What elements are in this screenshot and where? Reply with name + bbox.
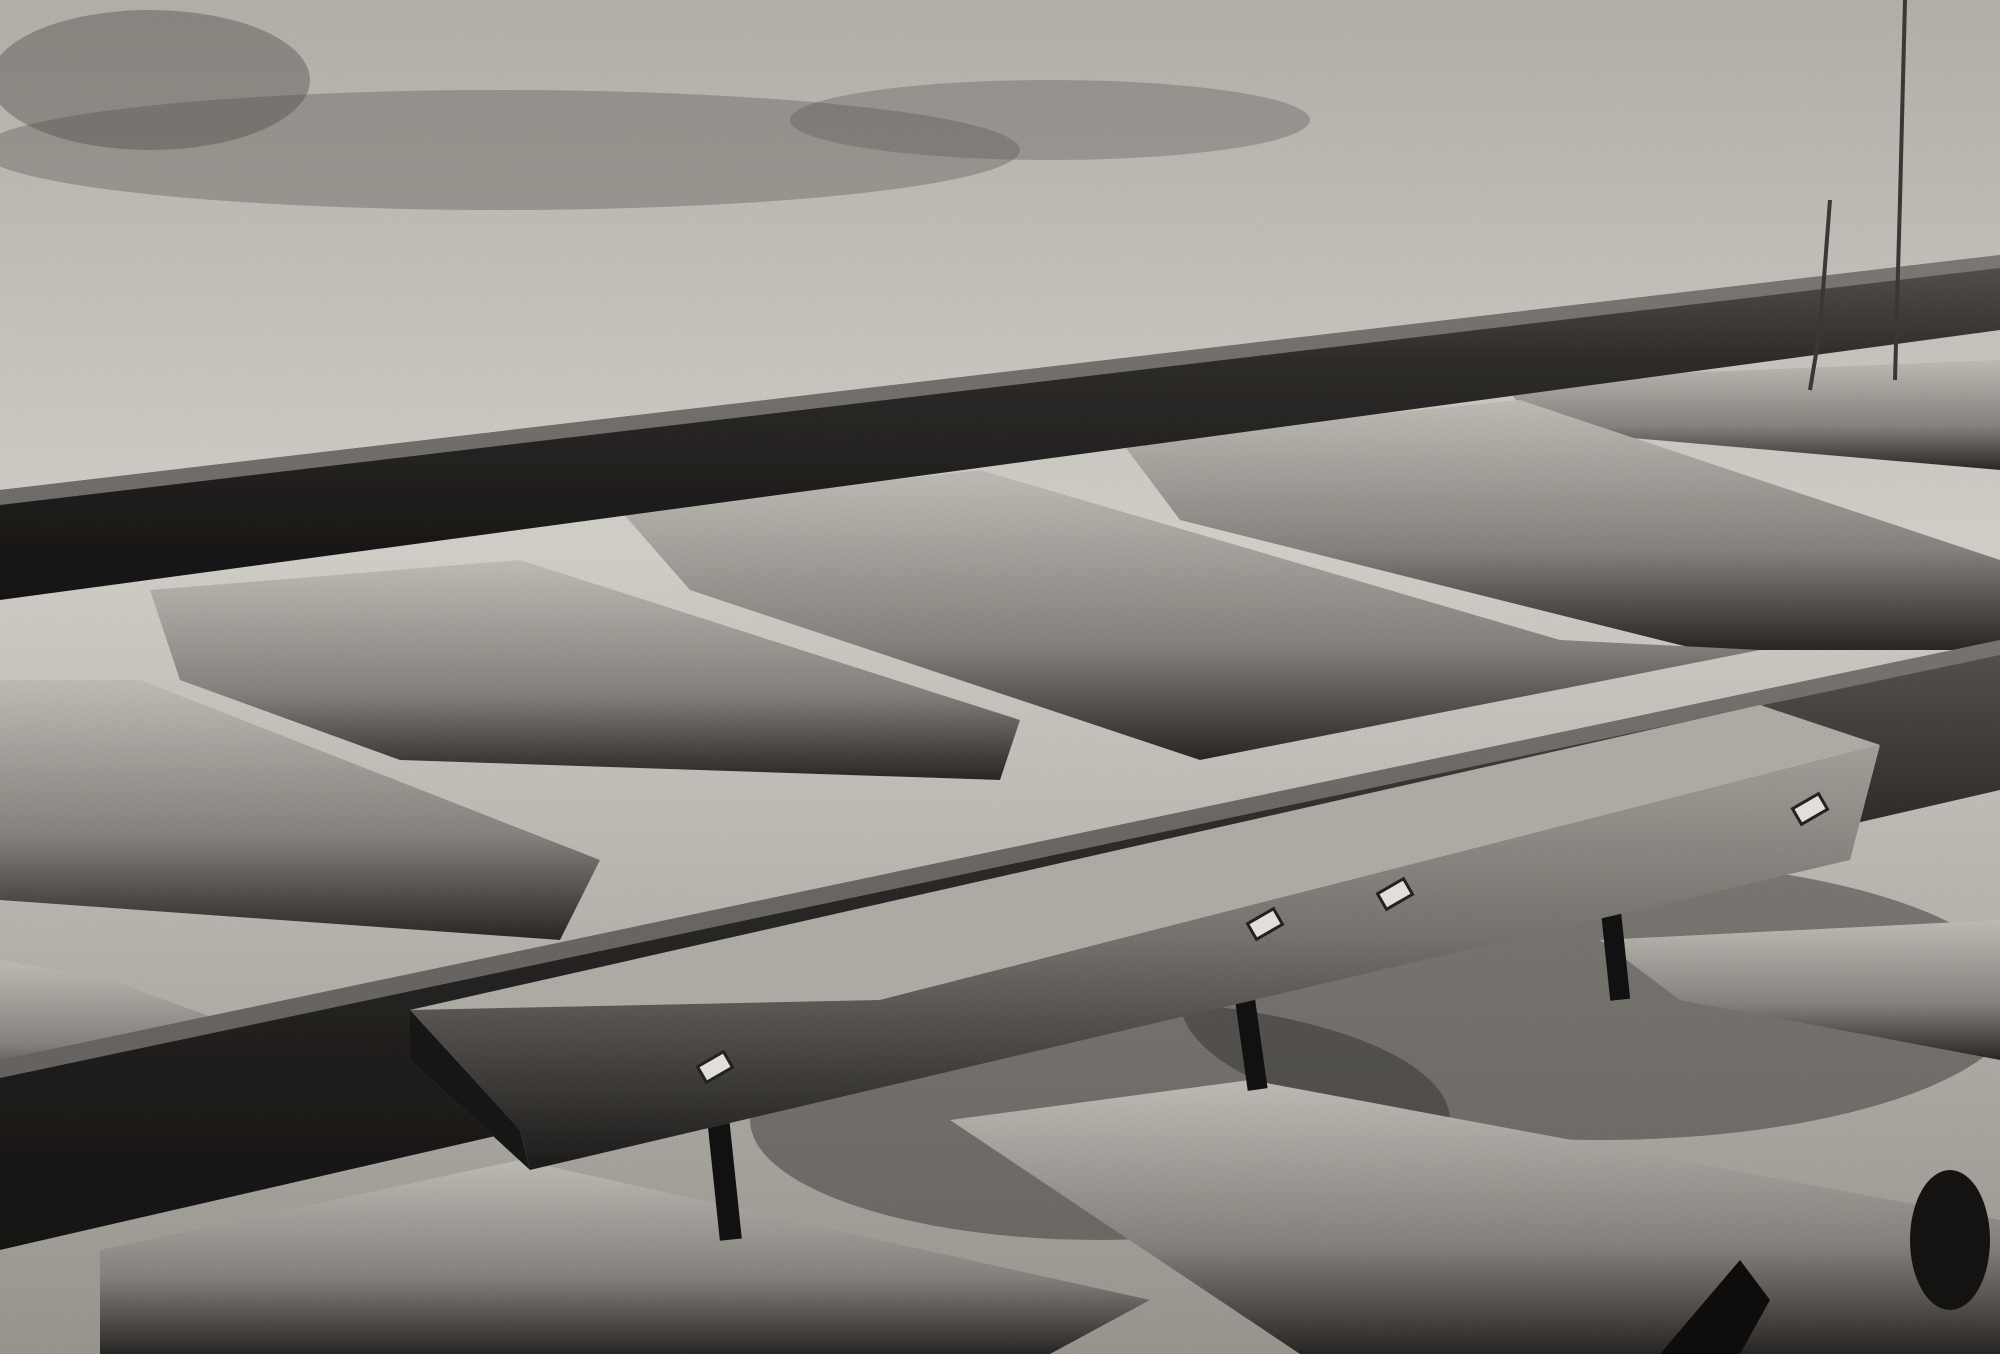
railroad-track-photo: [0, 0, 2000, 1354]
